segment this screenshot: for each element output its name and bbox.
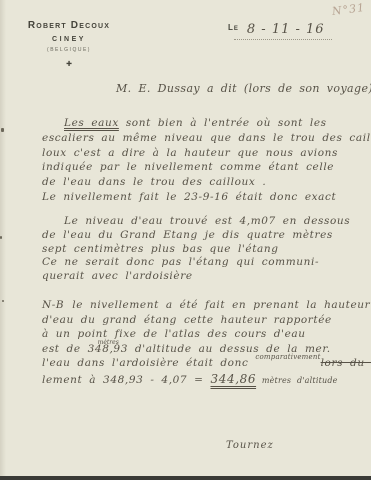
handwritten-line: est de 348,93mètres d'altitude au dessus… xyxy=(42,342,371,357)
handwritten-line: N-Ble nivellement a été fait en prenant … xyxy=(42,298,371,313)
letterhead: Robert Decoux CINEY (BELGIQUE) ✚ xyxy=(16,20,122,68)
struck-text: lors du nivel- xyxy=(321,357,371,369)
line-text: l'eau dans l'ardoisière était donc xyxy=(42,357,255,369)
paragraph-nota-bene: N-Ble nivellement a été fait en prenant … xyxy=(42,298,371,389)
handwritten-line: Les eaux sont bien à l'entrée où sont le… xyxy=(42,116,371,131)
paragraph-1: Les eaux sont bien à l'entrée où sont le… xyxy=(42,116,371,205)
handwritten-date: 8 - 11 - 16 xyxy=(247,22,325,37)
handwritten-line: escaliers au même niveau que dans le tro… xyxy=(42,131,371,146)
line-text: lement à 348,93 - 4,07 = xyxy=(42,374,210,386)
scanned-letter-page: N°31 Robert Decoux CINEY (BELGIQUE) ✚ Le… xyxy=(0,0,371,480)
altitude-number: 348,93mètres xyxy=(88,343,128,355)
scan-edge-bottom xyxy=(0,476,371,480)
line-text: sont bien à l'entrée où sont les xyxy=(119,117,327,129)
unit-annotation: mètres xyxy=(98,336,119,351)
underlined-phrase: Les eaux xyxy=(64,117,119,129)
handwritten-line: Le nivellement fait le 23-9-16 était don… xyxy=(42,190,371,205)
line-text: est de xyxy=(42,343,88,355)
salutation-line: M. E. Dussay a dit (lors de son voyage) xyxy=(116,82,371,95)
date-printed-label: Le xyxy=(228,23,239,32)
date-dotted-rule xyxy=(234,39,332,40)
handwritten-line: sept centimètres plus bas que l'étang xyxy=(42,243,350,257)
handwritten-line: de l'eau du Grand Etang je dis quatre mè… xyxy=(42,229,350,243)
scan-shadow-left xyxy=(0,0,6,480)
handwritten-line: indiquée par le nivellement comme étant … xyxy=(42,160,371,175)
letterhead-city: CINEY xyxy=(16,36,122,43)
turn-page-note: Tournez xyxy=(226,440,274,451)
inserted-correction: comparativement xyxy=(255,350,320,365)
dateline: Le8 - 11 - 16 xyxy=(228,20,338,38)
handwritten-line: querait avec l'ardoisière xyxy=(42,270,350,284)
handwritten-line: lement à 348,93 - 4,07 = 344,86 mètres d… xyxy=(42,372,371,389)
handwritten-line: Ce ne serait donc pas l'étang qui commun… xyxy=(42,256,350,270)
handwritten-line: loux c'est a dire à la hauteur que nous … xyxy=(42,146,371,161)
handwritten-line: d'eau du grand étang cette hauteur rappo… xyxy=(42,313,371,328)
handwritten-line: à un point fixe de l'atlas des cours d'e… xyxy=(42,327,371,342)
nb-label: N-B xyxy=(42,299,64,311)
result-number: 344,86 xyxy=(210,372,256,386)
handwritten-line: Le niveau d'eau trouvé est 4,m07 en dess… xyxy=(42,215,350,229)
letterhead-name: Robert Decoux xyxy=(16,20,122,31)
line-text: le nivellement a été fait en prenant la … xyxy=(72,299,370,311)
line-text: mètres d'altitude xyxy=(256,376,338,385)
cross-ornament-icon: ✚ xyxy=(16,60,122,68)
handwritten-line: de l'eau dans le trou des cailloux . xyxy=(42,175,371,190)
paragraph-2: Le niveau d'eau trouvé est 4,m07 en dess… xyxy=(42,215,350,284)
pencil-archive-number: N°31 xyxy=(331,1,365,18)
handwritten-line: l'eau dans l'ardoisière était donc compa… xyxy=(42,356,371,372)
letterhead-country: (BELGIQUE) xyxy=(16,47,122,53)
